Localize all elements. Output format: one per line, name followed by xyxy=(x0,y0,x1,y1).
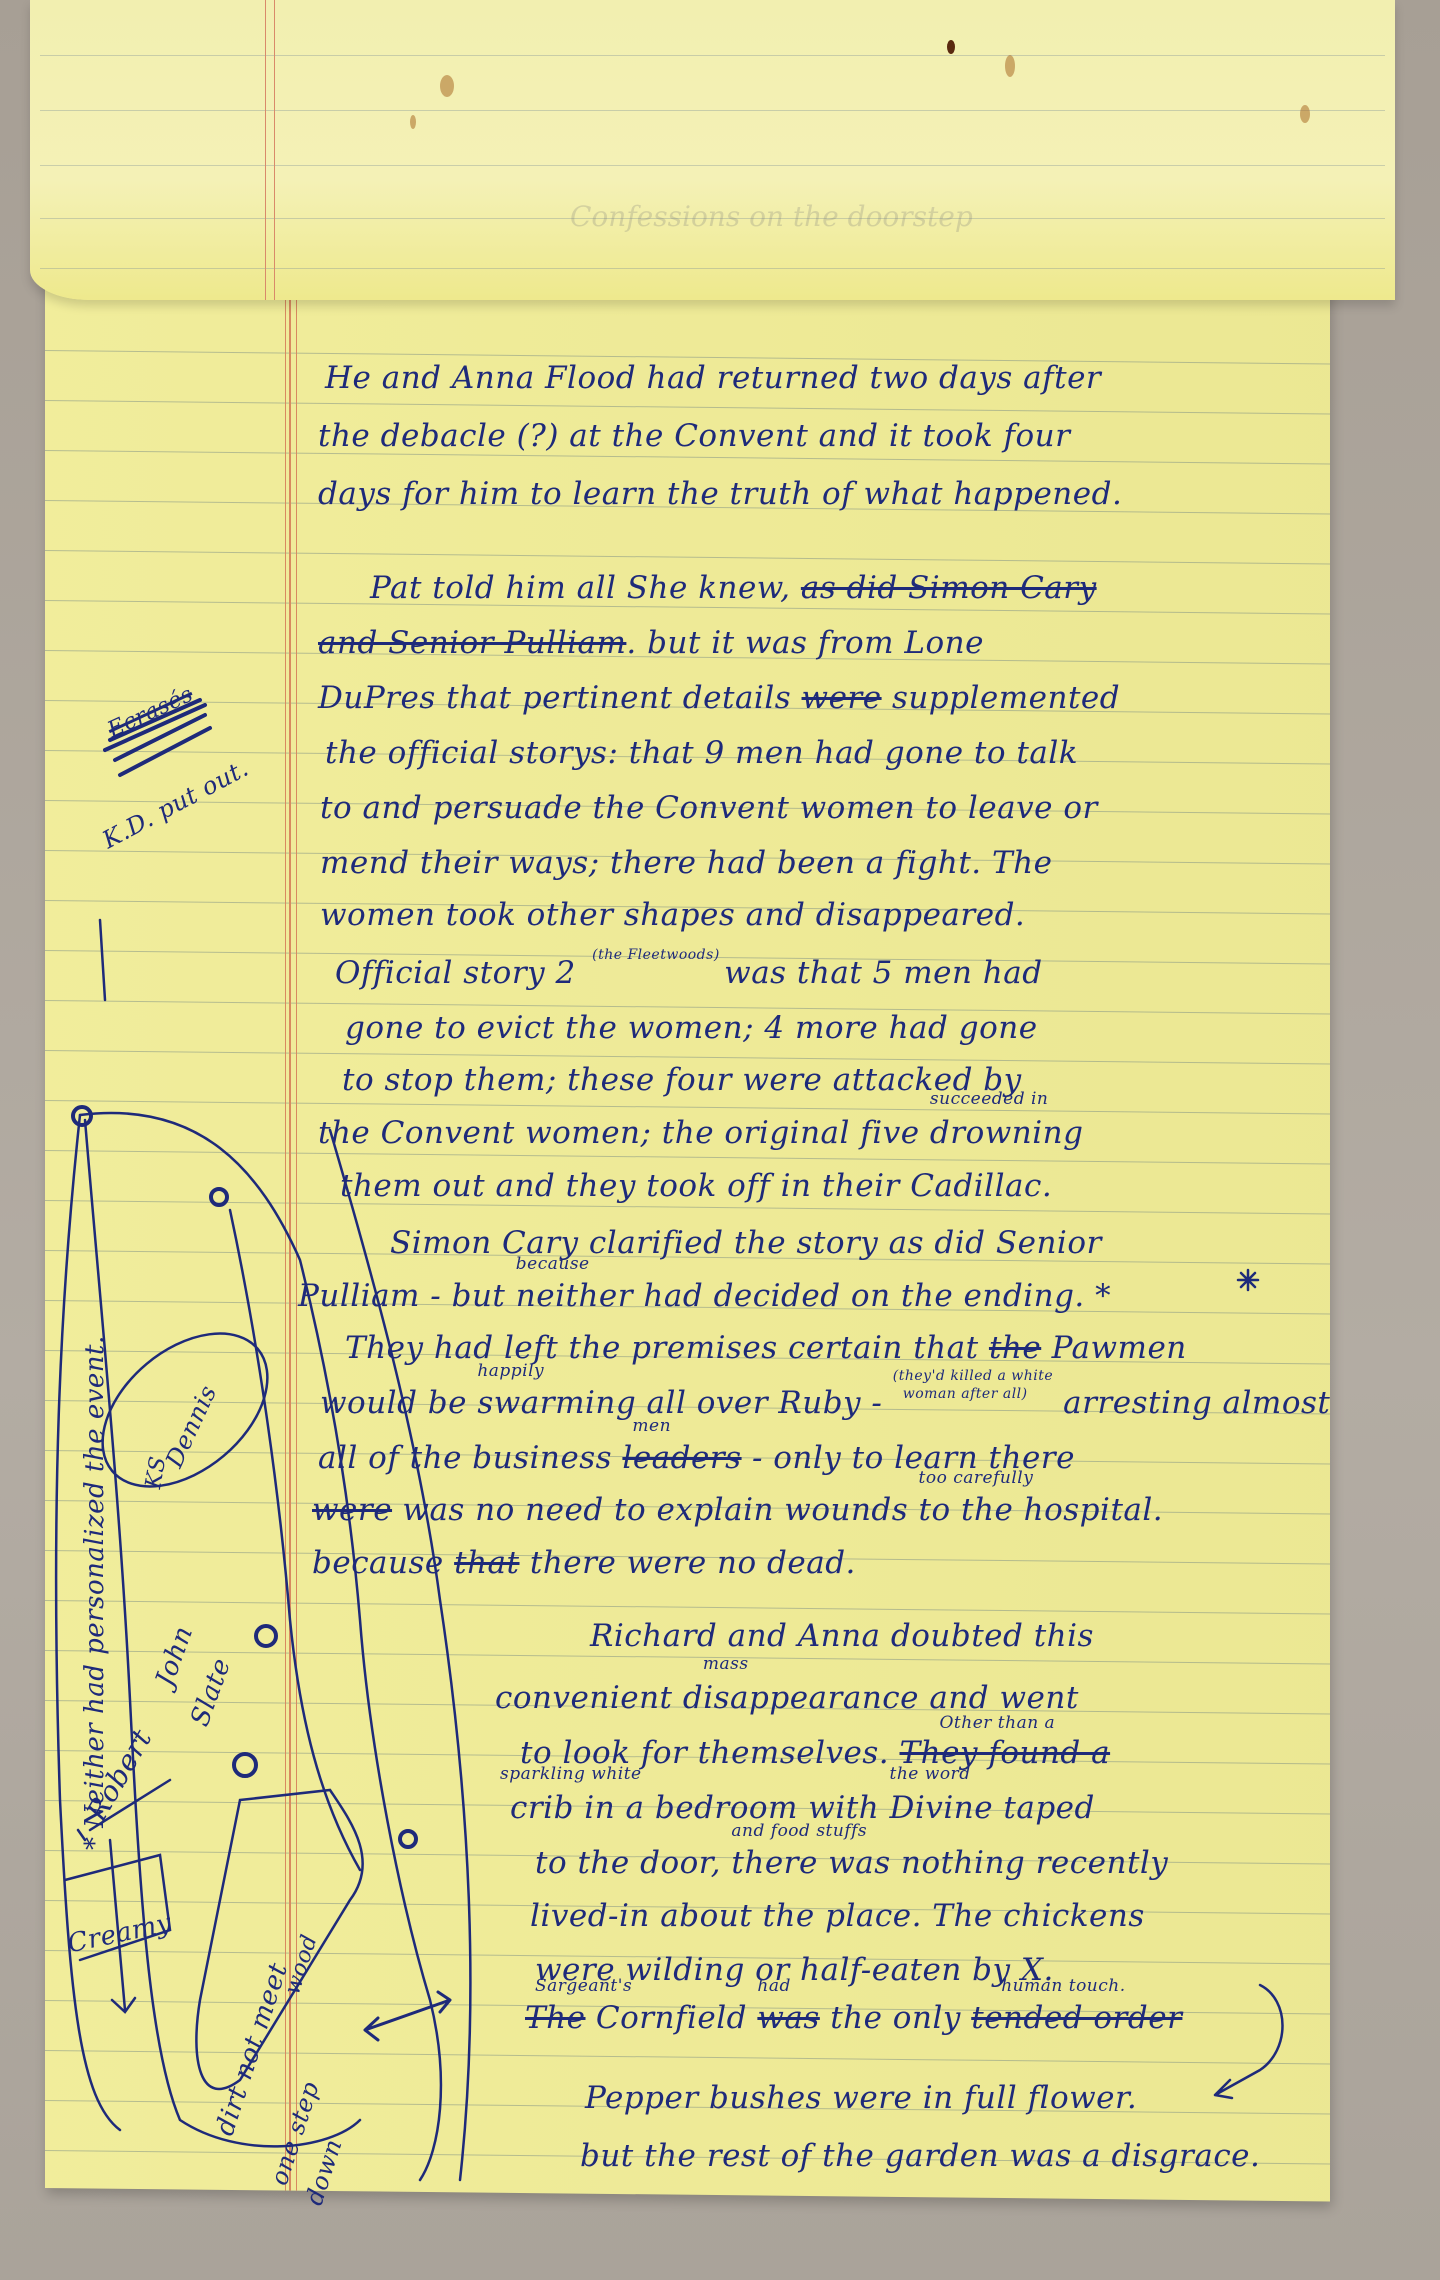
text-line: the Convent women; the original five suc… xyxy=(318,1115,1083,1151)
struck-text: the xyxy=(989,1330,1041,1366)
text-fragment: convenient xyxy=(495,1680,673,1716)
inserted-text: too carefully xyxy=(919,1468,1034,1488)
struck-text: was xyxy=(757,2000,819,2036)
inserted-text: (the Fleetwoods) xyxy=(592,947,720,963)
text-fragment: was no need to explain wounds xyxy=(402,1492,908,1528)
struck-text: were xyxy=(312,1492,392,1528)
text-fragment: Pat told him all She knew, xyxy=(370,570,791,606)
inserted-text: sparkling white xyxy=(500,1764,642,1784)
text-line: They had left the premises certain that … xyxy=(345,1330,1187,1366)
struck-text: leaders xyxy=(622,1440,741,1476)
text-fragment: They had left the premises certain that xyxy=(345,1330,979,1366)
text-line: He and Anna Flood had returned two days … xyxy=(325,360,1101,396)
text-fragment: because xyxy=(312,1545,444,1581)
text-line: Pulliam - but because neither had decide… xyxy=(298,1278,1111,1314)
text-line: mend their ways; there had been a fight.… xyxy=(320,845,1052,881)
inserted-text: Sargeant's xyxy=(535,1976,632,1996)
text-line: to and persuade the Convent women to lea… xyxy=(320,790,1098,826)
text-line: because that there were no dead. xyxy=(312,1545,856,1581)
text-line: were was no need to explain wounds too c… xyxy=(312,1492,1163,1528)
text-line: gone to evict the women; 4 more had gone xyxy=(345,1010,1038,1046)
text-line: days for him to learn the truth of what … xyxy=(318,476,1122,512)
text-fragment: there were no dead. xyxy=(530,1545,856,1581)
text-line: the official storys: that 9 men had gone… xyxy=(325,735,1078,771)
sketch-label-slate: Slate xyxy=(185,1654,237,1730)
inserted-text: (they'd killed a white xyxy=(893,1368,1053,1384)
text-line: Simon Cary clarified the story as did Se… xyxy=(390,1225,1102,1261)
text-line: Sargeant's The Cornfield had was the onl… xyxy=(525,2000,1182,2036)
text-fragment: supplemented xyxy=(892,680,1120,716)
inserted-text: woman after all) xyxy=(903,1386,1028,1402)
text-line: Richard and Anna doubted this xyxy=(590,1618,1094,1654)
inserted-text: succeeded in xyxy=(930,1089,1048,1109)
inserted-text: the word xyxy=(890,1764,971,1784)
text-line: lived-in about the place. The chickens xyxy=(530,1898,1145,1934)
text-fragment: Pulliam - but xyxy=(298,1278,505,1314)
struck-text: The xyxy=(525,2000,586,2036)
text-line: convenient mass disappearance and went xyxy=(495,1680,1079,1716)
sketch-label-ks: KS xyxy=(141,1454,171,1490)
inserted-text: human touch. xyxy=(1001,1976,1125,1996)
text-fragment: neither had decided on the ending. * xyxy=(516,1278,1111,1314)
text-line: Pat told him all She knew, as did Simon … xyxy=(370,570,1097,606)
text-fragment: . but it was from Lone xyxy=(626,625,984,661)
text-fragment: drowning xyxy=(930,1115,1084,1151)
text-fragment: disappearance and went xyxy=(683,1680,1079,1716)
text-fragment: to the hospital. xyxy=(919,1492,1164,1528)
text-line: to the door, and food stuffs there was n… xyxy=(535,1845,1168,1881)
inserted-text: and food stuffs xyxy=(731,1821,867,1841)
text-fragment: swarming all over Ruby - xyxy=(477,1385,882,1421)
text-fragment: DuPres that pertinent details xyxy=(318,680,791,716)
struck-text: that xyxy=(454,1545,519,1581)
struck-text: as did Simon Cary xyxy=(801,570,1097,606)
sketch-label-john: John xyxy=(150,1622,199,1690)
inserted-text: happily xyxy=(477,1361,544,1381)
text-fragment: all of the business xyxy=(318,1440,612,1476)
text-line: Official story 2 (the Fleetwoods) was th… xyxy=(335,955,1043,991)
text-fragment: the only xyxy=(830,2000,961,2036)
inserted-text: mass xyxy=(703,1654,749,1674)
text-fragment: Pawmen xyxy=(1052,1330,1187,1366)
text-line: but the rest of the garden was a disgrac… xyxy=(580,2138,1260,2174)
struck-text: were xyxy=(802,680,882,716)
text-fragment: was that 5 men had xyxy=(724,955,1042,991)
sketch-label-creamy: Creamy xyxy=(65,1908,174,1959)
struck-text: tended order xyxy=(971,2000,1182,2036)
text-line: them out and they took off in their Cadi… xyxy=(340,1168,1052,1204)
text-fragment: there was nothing recently xyxy=(731,1845,1168,1881)
text-fragment: Cornfield xyxy=(596,2000,747,2036)
text-fragment: Official story 2 xyxy=(335,955,576,991)
text-fragment: to the door, xyxy=(535,1845,721,1881)
text-fragment: arresting almost xyxy=(1063,1385,1330,1421)
crossed-out-margin-note: Ecrasés xyxy=(104,682,197,743)
text-line: to stop them; these four were attacked b… xyxy=(342,1062,1022,1098)
sketch-label-down: down xyxy=(300,2136,348,2209)
text-fragment: the Convent women; the original five xyxy=(318,1115,920,1151)
text-line: would be happily swarming all over Ruby … xyxy=(320,1385,1330,1421)
inserted-text: Other than a xyxy=(939,1713,1055,1733)
manuscript-text: He and Anna Flood had returned two days … xyxy=(0,0,1440,2280)
margin-note-kd: K.D. put out. xyxy=(98,754,253,854)
text-line: the debacle (?) at the Convent and it to… xyxy=(318,418,1070,454)
inserted-text: had xyxy=(757,1976,790,1996)
inserted-text: men xyxy=(632,1416,671,1436)
inserted-text: because xyxy=(516,1254,590,1274)
text-fragment: Divine taped xyxy=(890,1790,1095,1826)
text-line: women took other shapes and disappeared. xyxy=(320,897,1025,933)
text-line: and Senior Pulliam. but it was from Lone xyxy=(318,625,984,661)
struck-text: and Senior Pulliam xyxy=(318,625,626,661)
text-fragment: would be xyxy=(320,1385,467,1421)
text-line: DuPres that pertinent details were suppl… xyxy=(318,680,1120,716)
text-line: Pepper bushes were in full flower. xyxy=(585,2080,1137,2116)
